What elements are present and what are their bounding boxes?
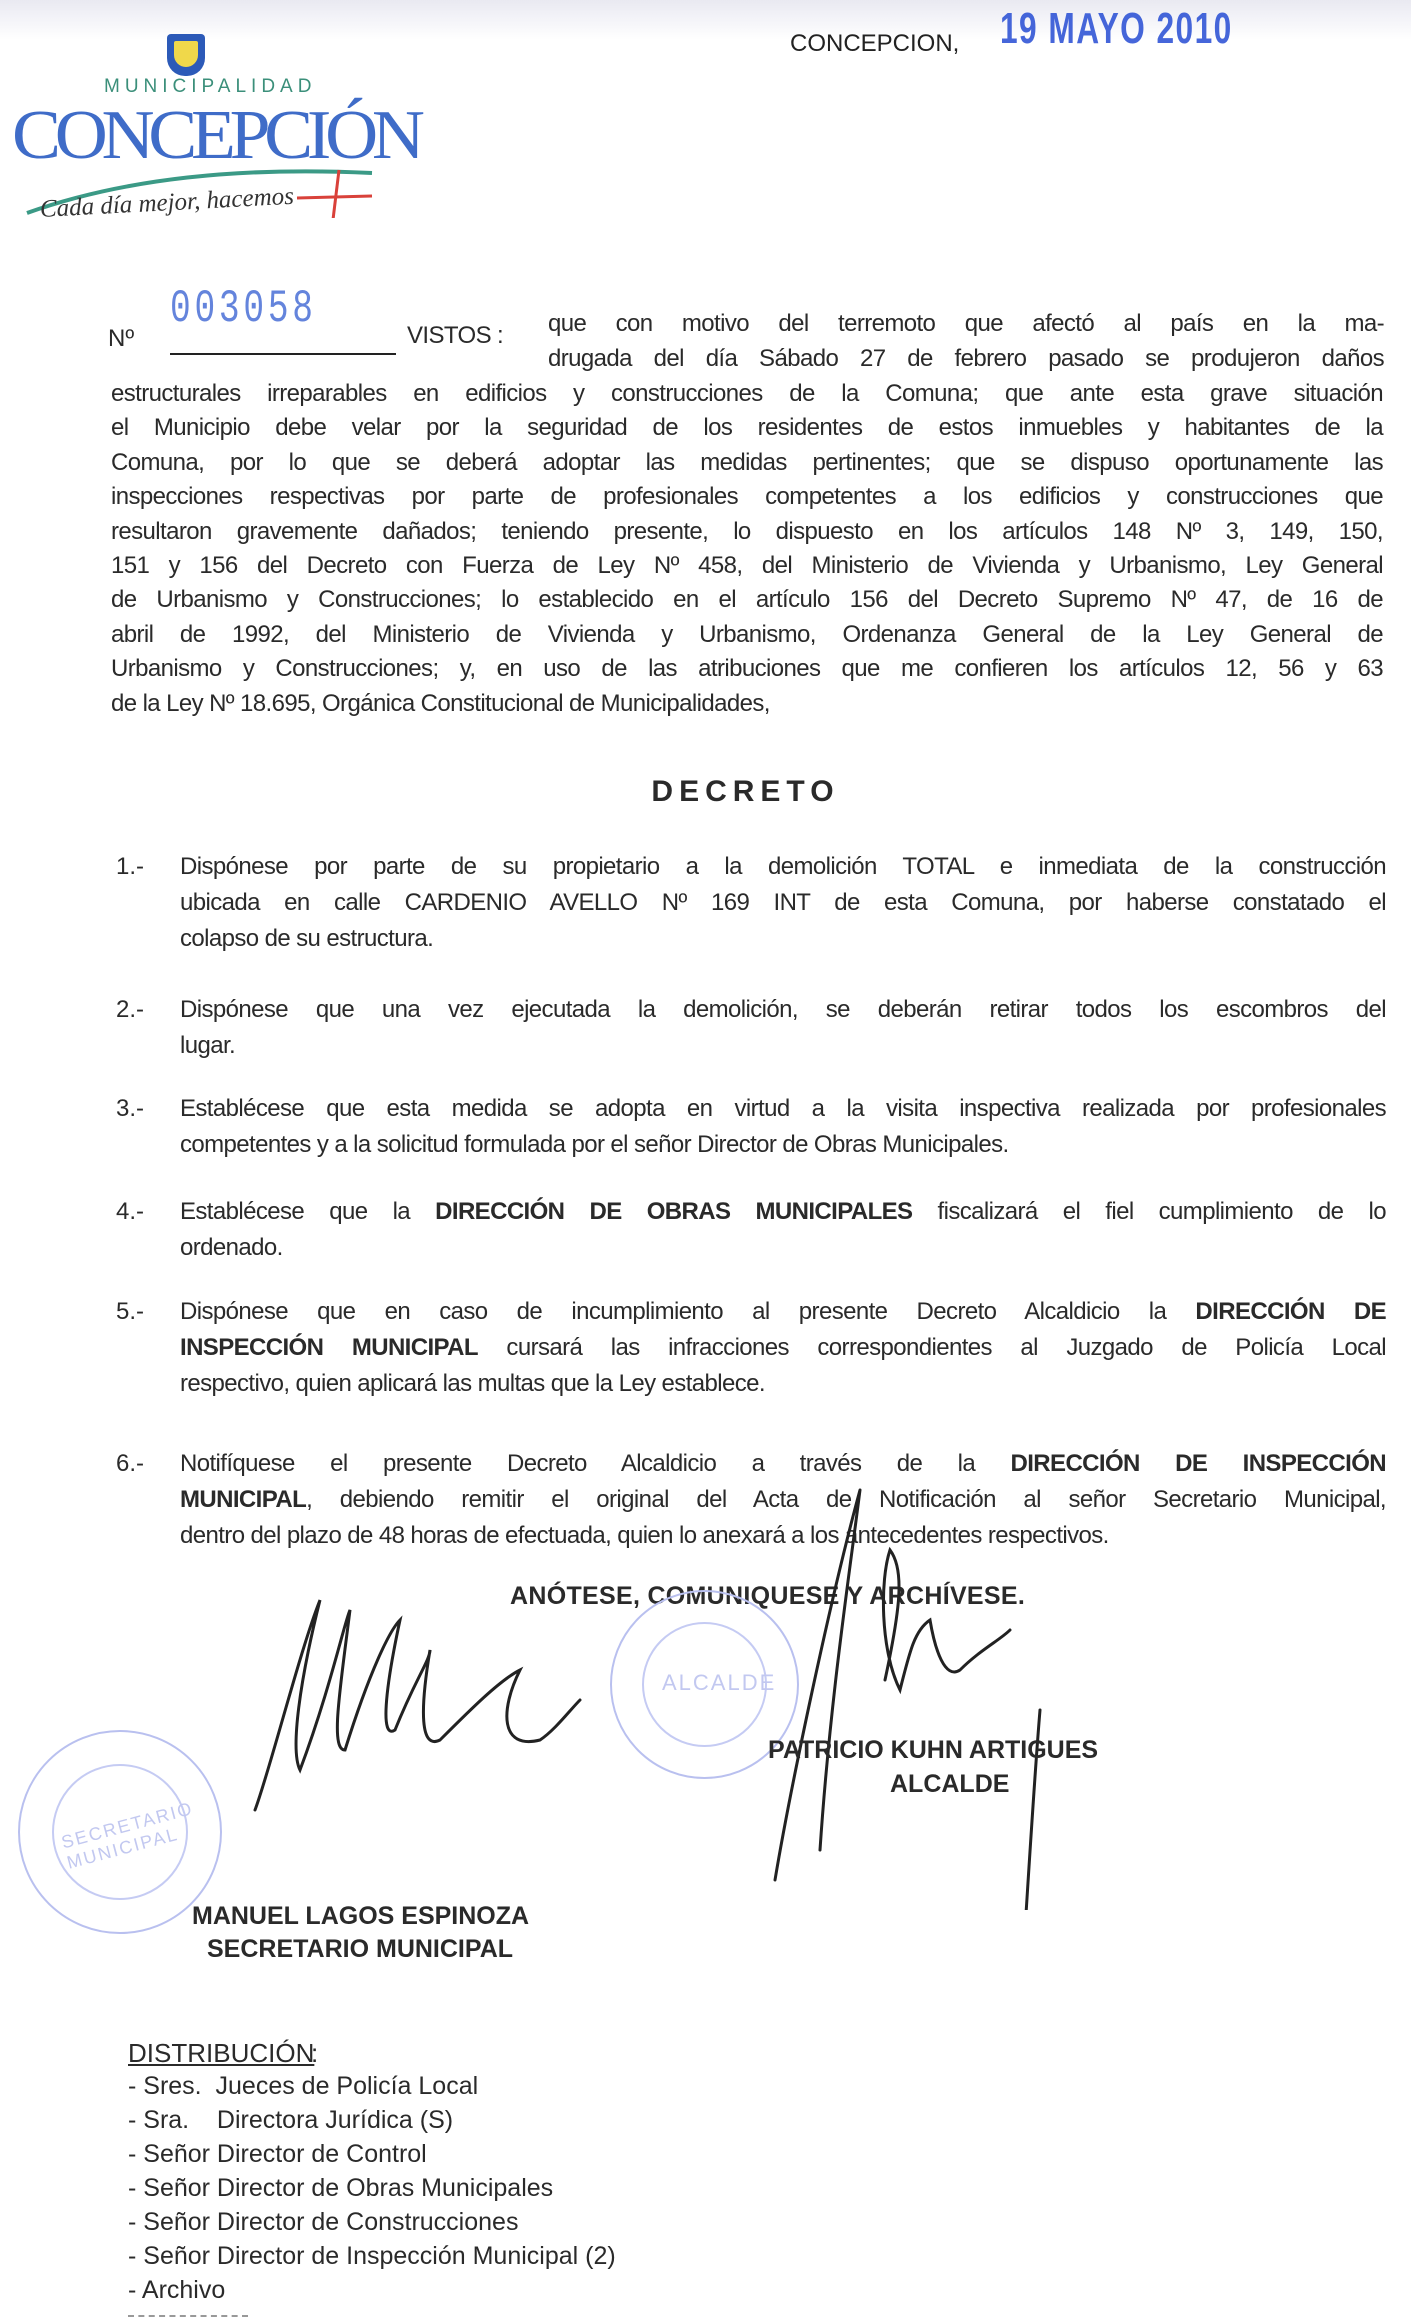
article-line: Dispónese por parte de su propietario a …: [180, 853, 1386, 881]
decree-number-label: Nº: [108, 325, 134, 353]
vistos-last-line: de la Ley Nº 18.695, Orgánica Constituci…: [111, 690, 770, 718]
article-line: ordenado.: [180, 1234, 283, 1262]
vistos-label: VISTOS :: [407, 322, 503, 350]
article-line: competentes y a la solicitud formulada p…: [180, 1131, 1009, 1159]
vistos-line: el Municipio debe velar por la seguridad…: [111, 414, 1383, 442]
article-line: ubicada en calle CARDENIO AVELLO Nº 169 …: [180, 889, 1386, 917]
mayor-name: PATRICIO KUHN ARTIGUES: [768, 1736, 1098, 1765]
cut-off-initials: [128, 2306, 258, 2319]
decree-number-stamp: 003058: [170, 283, 317, 335]
place-label: CONCEPCION,: [790, 30, 959, 58]
distribution-item: - Señor Director de Construcciones: [128, 2208, 518, 2237]
vistos-line-2: drugada del día Sábado 27 de febrero pas…: [548, 345, 1384, 373]
municipality-logo: MUNICIPALIDAD CONCEPCIÓN Cada día mejor,…: [12, 28, 372, 228]
vistos-line: inspecciones respectivas por parte de pr…: [111, 483, 1383, 511]
date-stamp: 19 MAYO 2010: [1000, 4, 1233, 54]
article-number: 3.-: [116, 1095, 144, 1123]
article-number: 2.-: [116, 996, 144, 1024]
coat-of-arms-icon: [167, 34, 205, 76]
distribution-item: - Señor Director de Obras Municipales: [128, 2174, 553, 2203]
article-bold-text: INSPECCIÓN MUNICIPAL: [180, 1334, 478, 1361]
article-line: Establécese que la DIRECCIÓN DE OBRAS MU…: [180, 1198, 1386, 1226]
article-number: 4.-: [116, 1198, 144, 1226]
vistos-line: estructurales irreparables en edificios …: [111, 380, 1383, 408]
mayor-title: ALCALDE: [890, 1770, 1009, 1799]
logo-municipalidad-text: MUNICIPALIDAD: [104, 76, 316, 98]
distribution-item: - Archivo: [128, 2276, 225, 2305]
decree-number-underline: [170, 353, 396, 355]
vistos-line: de Urbanismo y Construcciones; lo establ…: [111, 586, 1383, 614]
distribution-title: DISTRIBUCIÓN: [128, 2038, 314, 2069]
article-line: colapso de su estructura.: [180, 925, 433, 953]
distribution-item: - Señor Director de Inspección Municipal…: [128, 2242, 616, 2271]
article-bold-text: DIRECCIÓN DE OBRAS MUNICIPALES: [435, 1198, 912, 1225]
article-line: Dispónese que en caso de incumplimiento …: [180, 1298, 1386, 1326]
article-text: fiscalizará el fiel cumplimiento de lo: [912, 1198, 1386, 1225]
article-line: Dispónese que una vez ejecutada la demol…: [180, 996, 1386, 1024]
article-text: Dispónese que en caso de incumplimiento …: [180, 1298, 1195, 1325]
vistos-line: abril de 1992, del Ministerio de Viviend…: [111, 621, 1383, 649]
secretary-title: SECRETARIO MUNICIPAL: [207, 1935, 513, 1964]
article-line: INSPECCIÓN MUNICIPAL cursará las infracc…: [180, 1334, 1386, 1362]
vistos-line: resultaron gravemente dañados; teniendo …: [111, 518, 1383, 546]
article-line: lugar.: [180, 1032, 235, 1060]
distribution-colon: :: [311, 2038, 318, 2069]
distribution-item: - Sres. Jueces de Policía Local: [128, 2072, 478, 2101]
decreto-heading: DECRETO: [0, 775, 1411, 809]
article-line: Establécese que esta medida se adopta en…: [180, 1095, 1386, 1123]
secretary-name: MANUEL LAGOS ESPINOZA: [192, 1902, 529, 1931]
vistos-line: Comuna, por lo que se deberá adoptar las…: [111, 449, 1383, 477]
article-line: respectivo, quien aplicará las multas qu…: [180, 1370, 765, 1398]
vistos-line: Urbanismo y Construcciones; y, en uso de…: [111, 655, 1383, 683]
article-text: Establécese que la: [180, 1198, 435, 1225]
distribution-item: - Señor Director de Control: [128, 2140, 427, 2169]
distribution-item: - Sra. Directora Jurídica (S): [128, 2106, 453, 2135]
article-number: 5.-: [116, 1298, 144, 1326]
article-text: cursará las infracciones correspondiente…: [478, 1334, 1386, 1361]
article-bold-text: DIRECCIÓN DE: [1195, 1298, 1386, 1325]
vistos-line-1: que con motivo del terremoto que afectó …: [548, 310, 1384, 338]
article-number: 1.-: [116, 853, 144, 881]
handwritten-signatures: [0, 1450, 1411, 1910]
vistos-line: 151 y 156 del Decreto con Fuerza de Ley …: [111, 552, 1383, 580]
